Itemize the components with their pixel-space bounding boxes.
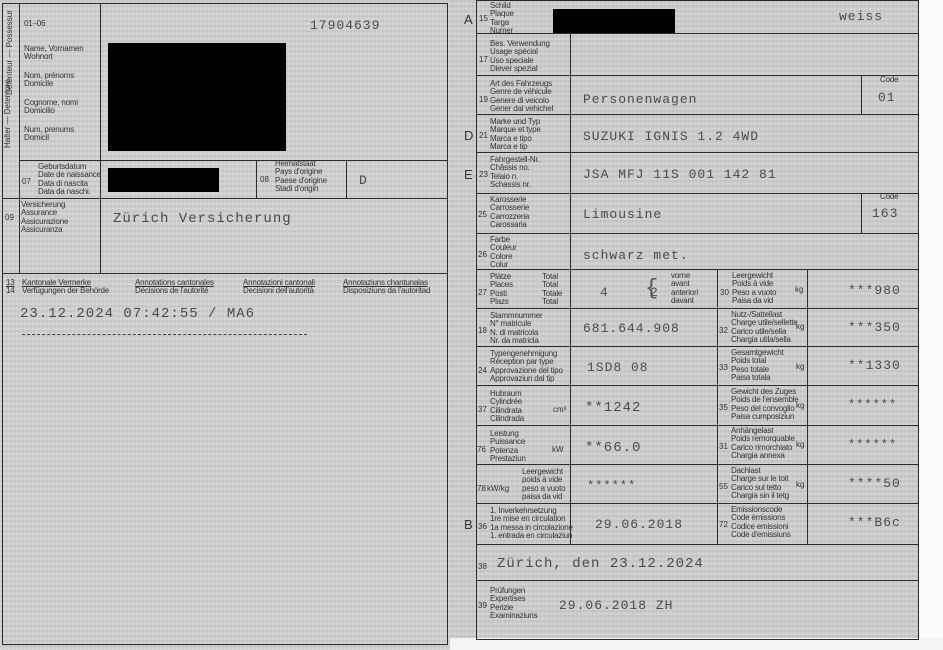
empty-weight-unit: kg <box>795 285 803 294</box>
seats-total-value: 4 <box>600 285 609 300</box>
field-08-number: 08 <box>260 175 269 184</box>
seats-front-value: 2 <box>650 285 659 300</box>
redacted-holder-name <box>108 43 286 151</box>
field-26-number: 26 <box>478 250 487 259</box>
train-weight-label: Gewicht des ZugesPoids de l'ensemble Pes… <box>731 388 799 421</box>
roof-load-value: ****50 <box>848 476 901 491</box>
color-value: schwarz met. <box>583 248 689 263</box>
section-letter-d: D <box>464 128 473 143</box>
section-letter-e: E <box>464 167 473 182</box>
emission-label: EmissionscodeCode émissions Codice emiss… <box>731 506 791 539</box>
annotation-value: 23.12.2024 07:42:55 / MA6 <box>20 306 255 322</box>
inspection-value: 29.06.2018 ZH <box>559 598 673 613</box>
power-weight-unit: kW/kg <box>487 484 509 493</box>
trailer-load-label: AnhängelastPoids remorquable Carico rimo… <box>731 427 795 460</box>
payload-label: Nutz-/SattellastCharge utile/sellette Ca… <box>731 311 798 344</box>
redacted-plate-number <box>553 9 675 33</box>
right-page: A 15 SchildPlaque TargaNumer weiss 17 Be… <box>450 0 943 650</box>
field-24-number: 24 <box>478 366 487 375</box>
name-label-fr: Nom, prénomsDomicile <box>24 72 74 89</box>
field-01-06-label: 01–06 <box>24 20 45 28</box>
power-weight-label: Leergewichtpoids à vide peso a vuotopais… <box>522 468 565 501</box>
origin-label: HeimatstaatPays d'origine Paese d'origin… <box>275 160 327 193</box>
plate-label: SchildPlaque TargaNumer <box>490 2 514 35</box>
plate-color-value: weiss <box>839 9 883 24</box>
field-38-number: 38 <box>478 562 487 571</box>
vehicle-type-value: Personenwagen <box>583 92 697 107</box>
body-code: 163 <box>872 206 898 221</box>
annotations-de: Kantonale VermerkeVerfügungen der Behörd… <box>22 279 109 296</box>
place-date-value: Zürich, den 23.12.2024 <box>497 556 704 572</box>
inspection-label: PrüfungenExpertises PerizieExaminaziuns <box>490 587 537 620</box>
seats-front-label: vorneavant anterioridavant <box>671 272 698 305</box>
power-label: LeistungPuissance PotenzaPrestaziun <box>490 430 526 463</box>
field-18-number: 18 <box>478 326 487 335</box>
vehicle-type-code: 01 <box>878 90 896 105</box>
insurance-label: VersicherungAssurance AssicurazioneAssic… <box>21 201 68 234</box>
make-value: SUZUKI IGNIS 1.2 4WD <box>583 129 759 144</box>
chassis-label: Fahrgestell-Nr.Châssis no. Telaio n.Scha… <box>490 156 539 189</box>
left-page: Détenteur — Possessur Halter — Detentore… <box>0 0 450 650</box>
registry-value: 681.644.908 <box>583 321 680 336</box>
special-use-label: Bes. VerwendungUsage spécial Uso special… <box>490 40 550 73</box>
field-78-number: 78 <box>477 484 486 493</box>
power-weight-value: ****** <box>587 479 636 493</box>
payload-value: ***350 <box>848 320 901 335</box>
make-label: Marke und TypMarque et type Marca e tipo… <box>490 118 541 151</box>
emission-value: ***B6c <box>848 515 901 530</box>
field-30-number: 30 <box>720 288 729 297</box>
field-27-number: 27 <box>478 288 487 297</box>
payload-unit: kg <box>796 322 804 331</box>
vehicle-type-code-label: Code <box>880 76 898 84</box>
annotations-fr: Annotations cantonalesDécisions de l'aut… <box>135 279 214 296</box>
trailer-load-unit: kg <box>796 440 804 449</box>
field-23-number: 23 <box>479 170 488 179</box>
power-value: **66.0 <box>585 440 641 456</box>
displacement-label: HubraumCylindrée CilindrataCilindrada <box>490 390 524 423</box>
field-36-number: 36 <box>478 522 487 531</box>
trailer-load-value: ****** <box>848 438 897 452</box>
name-label-de: Name, VornamenWohnort <box>24 45 83 62</box>
section-letter-b: B <box>464 517 473 532</box>
seats-total-label: TotalTotal TotaleTotal <box>542 273 562 306</box>
field-19-number: 19 <box>479 95 488 104</box>
field-13-14-number: 1314 <box>6 279 15 296</box>
train-weight-value: ****** <box>848 398 897 412</box>
power-unit: kW <box>552 445 564 454</box>
empty-weight-value: ***980 <box>848 283 901 298</box>
field-35-number: 35 <box>719 403 728 412</box>
body-value: Limousine <box>583 207 662 222</box>
field-33-number: 33 <box>719 363 728 372</box>
seats-label: PlätzePlaces PostiPlazs <box>490 273 513 306</box>
first-registration-value: 29.06.2018 <box>595 517 683 532</box>
serial-number: 17904639 <box>310 18 380 33</box>
vehicle-type-label: Art des FahrzeugsGenre de véhicule Gener… <box>490 80 553 113</box>
registry-label: StammnummerN° matricule N. di matricolaN… <box>490 312 542 345</box>
total-weight-value: **1330 <box>848 358 901 373</box>
annotation-underline <box>22 334 307 335</box>
body-code-label: Code <box>880 193 898 201</box>
roof-load-label: DachlastCharge sur le toit Carico sul te… <box>731 467 789 500</box>
annotations-it: Annotazioni cantonaliDecisioni dell'auto… <box>243 279 315 296</box>
field-32-number: 32 <box>719 326 728 335</box>
field-72-number: 72 <box>719 520 728 529</box>
first-registration-label: 1. Inverkehrsetzung1re mise en circulati… <box>490 507 573 540</box>
field-21-number: 21 <box>479 131 488 140</box>
field-76-number: 76 <box>477 445 486 454</box>
section-letter-a: A <box>464 12 473 27</box>
field-07-number: 07 <box>22 177 31 186</box>
displacement-value: **1242 <box>585 400 641 416</box>
annotations-rm: Annotaziuns chantunalasDisposiziuns da l… <box>343 279 430 296</box>
field-39-number: 39 <box>478 601 487 610</box>
origin-value: D <box>359 173 368 188</box>
name-label-rm: Num, prenumsDomicil <box>24 126 74 143</box>
body-label: KarosserieCarrosserie CarrozzeriaCarossa… <box>490 196 529 229</box>
name-label-it: Cognome, nomiDomicilio <box>24 99 78 116</box>
birthdate-label: GeburtsdatumDate de naissance Data di na… <box>38 163 101 196</box>
type-approval-value: 1SD8 08 <box>587 360 649 375</box>
type-approval-label: TypengenehmigungRéception par type Appro… <box>490 350 563 383</box>
color-label: FarbeCouleur ColoreColur <box>490 236 517 269</box>
field-25-number: 25 <box>478 210 487 219</box>
field-31-number: 31 <box>719 442 728 451</box>
empty-weight-label: LeergewichtPoids à vide Peso a vuotoPais… <box>732 272 776 305</box>
total-weight-unit: kg <box>796 362 804 371</box>
displacement-unit: cm³ <box>553 405 566 414</box>
holder-section-label-bottom: Halter — Detentore <box>4 79 12 148</box>
field-37-number: 37 <box>478 405 487 414</box>
field-09-number: 09 <box>5 213 14 222</box>
total-weight-label: GesamtgewichtPoids total Peso totalePais… <box>731 349 784 382</box>
field-17-number: 17 <box>479 55 488 64</box>
field-15-number: 15 <box>479 14 488 23</box>
redacted-birthdate <box>108 168 219 192</box>
insurance-value: Zürich Versicherung <box>113 211 292 227</box>
roof-load-unit: kg <box>796 480 804 489</box>
train-weight-unit: kg <box>796 401 804 410</box>
field-55-number: 55 <box>719 482 728 491</box>
chassis-value: JSA MFJ 11S 001 142 81 <box>583 167 777 182</box>
